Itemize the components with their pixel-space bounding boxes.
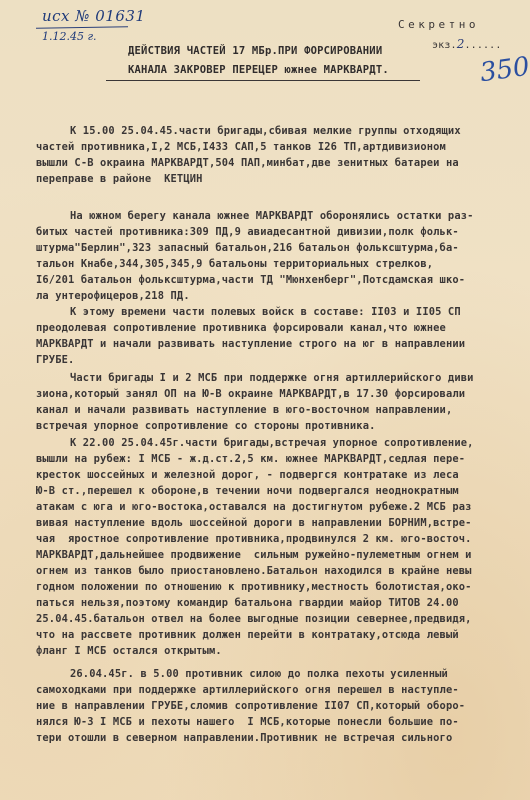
copy-dots: ......	[464, 40, 501, 51]
body-line: ние в направлении ГРУБЕ,сломив сопротивл…	[36, 700, 465, 712]
body-line: переправе в районе КЕТЦИН	[36, 173, 203, 185]
body-line: чая яростное сопротивление противника,пр…	[36, 533, 472, 545]
body-line: вышли на рубеж: I МСБ - ж.д.ст.2,5 км. ю…	[36, 453, 465, 465]
body-line: На южном берегу канала южнее МАРКВАРДТ о…	[70, 210, 474, 222]
body-line: самоходками при поддержке артиллерийског…	[36, 684, 459, 696]
body-line: канал и начали развивать наступление в ю…	[36, 404, 452, 416]
document-title-line-2: КАНАЛА ЗАКРОВЕР ПЕРЕЦЕР южнее МАРКВАРДТ.	[128, 64, 389, 76]
body-line: фланг I МСБ остался открытым.	[36, 645, 222, 657]
body-line: что на рассвете противник должен перейти…	[36, 629, 459, 641]
body-line: частей противника,I,2 МСБ,I433 САП,5 тан…	[36, 141, 446, 153]
body-line: МАРКВАРДТ и начали развивать наступление…	[36, 338, 465, 350]
reference-underline	[36, 26, 128, 29]
body-line: встречая упорное сопротивление со сторон…	[36, 420, 376, 432]
body-line: штурма"Берлин",323 запасный батальон,216…	[36, 242, 459, 254]
body-line: нялся Ю-З I МСБ и пехоты нашего I МСБ,ко…	[36, 716, 459, 728]
body-line: Части бригады I и 2 МСБ при поддержке ог…	[70, 372, 474, 384]
archive-page-number: 350	[478, 52, 530, 89]
body-line: вышли С-В окраина МАРКВАРДТ,504 ПАП,минб…	[36, 157, 459, 169]
body-line: кресток шоссейных и железной дорог, - по…	[36, 469, 459, 481]
body-line: тальон Кнабе,344,305,345,9 батальоны тер…	[36, 258, 433, 270]
document-page: исх № 01631 1.12.45 г. Секретно экз.2...…	[0, 0, 530, 800]
body-line: атакам с юга и юго-востока,оставался на …	[36, 501, 472, 513]
body-line: К 15.00 25.04.45.части бригады,сбивая ме…	[70, 125, 461, 137]
body-line: огнем из танков было приостановлено.Бата…	[36, 565, 472, 577]
body-line: тери отошли в северном направлении.Проти…	[36, 732, 452, 744]
body-line: зиона,который занял ОП на Ю-В окраине МА…	[36, 388, 465, 400]
body-line: вивая наступление вдоль шоссейной дороги…	[36, 517, 472, 529]
body-line: преодолевая сопротивление противника фор…	[36, 322, 446, 334]
document-title-line-1: ДЕЙСТВИЯ ЧАСТЕЙ 17 МБр.ПРИ ФОРСИРОВАНИИ	[128, 45, 382, 57]
body-line: К этому времени части полевых войск в со…	[70, 306, 461, 318]
outgoing-reference-date: 1.12.45 г.	[42, 30, 97, 43]
title-underline	[106, 80, 420, 81]
body-line: битых частей противника:309 ПД,9 авиадес…	[36, 226, 459, 238]
copy-label: экз.	[432, 40, 457, 51]
body-line: Ю-В ст.,перешел к обороне,в течении ночи…	[36, 485, 459, 497]
outgoing-reference-number: исх № 01631	[42, 7, 145, 25]
body-line: I6/201 батальон фольксштурма,части ТД "М…	[36, 274, 465, 286]
classification-stamp: Секретно	[398, 18, 479, 31]
body-line: 26.04.45г. в 5.00 противник силою до пол…	[70, 668, 448, 680]
body-line: 25.04.45.батальон отвел на более выгодны…	[36, 613, 472, 625]
body-line: ла унтерофицеров,218 ПД.	[36, 290, 190, 302]
copy-number-line: экз.2......	[432, 37, 502, 51]
body-line: К 22.00 25.04.45г.части бригады,встречая…	[70, 437, 474, 449]
body-line: МАРКВАРДТ,дальнейшее продвижение сильным…	[36, 549, 472, 561]
body-line: годном положении по отношению к противни…	[36, 581, 472, 593]
body-line: ГРУБЕ.	[36, 354, 74, 366]
body-line: паться нельзя,поэтому командир батальона…	[36, 597, 459, 609]
